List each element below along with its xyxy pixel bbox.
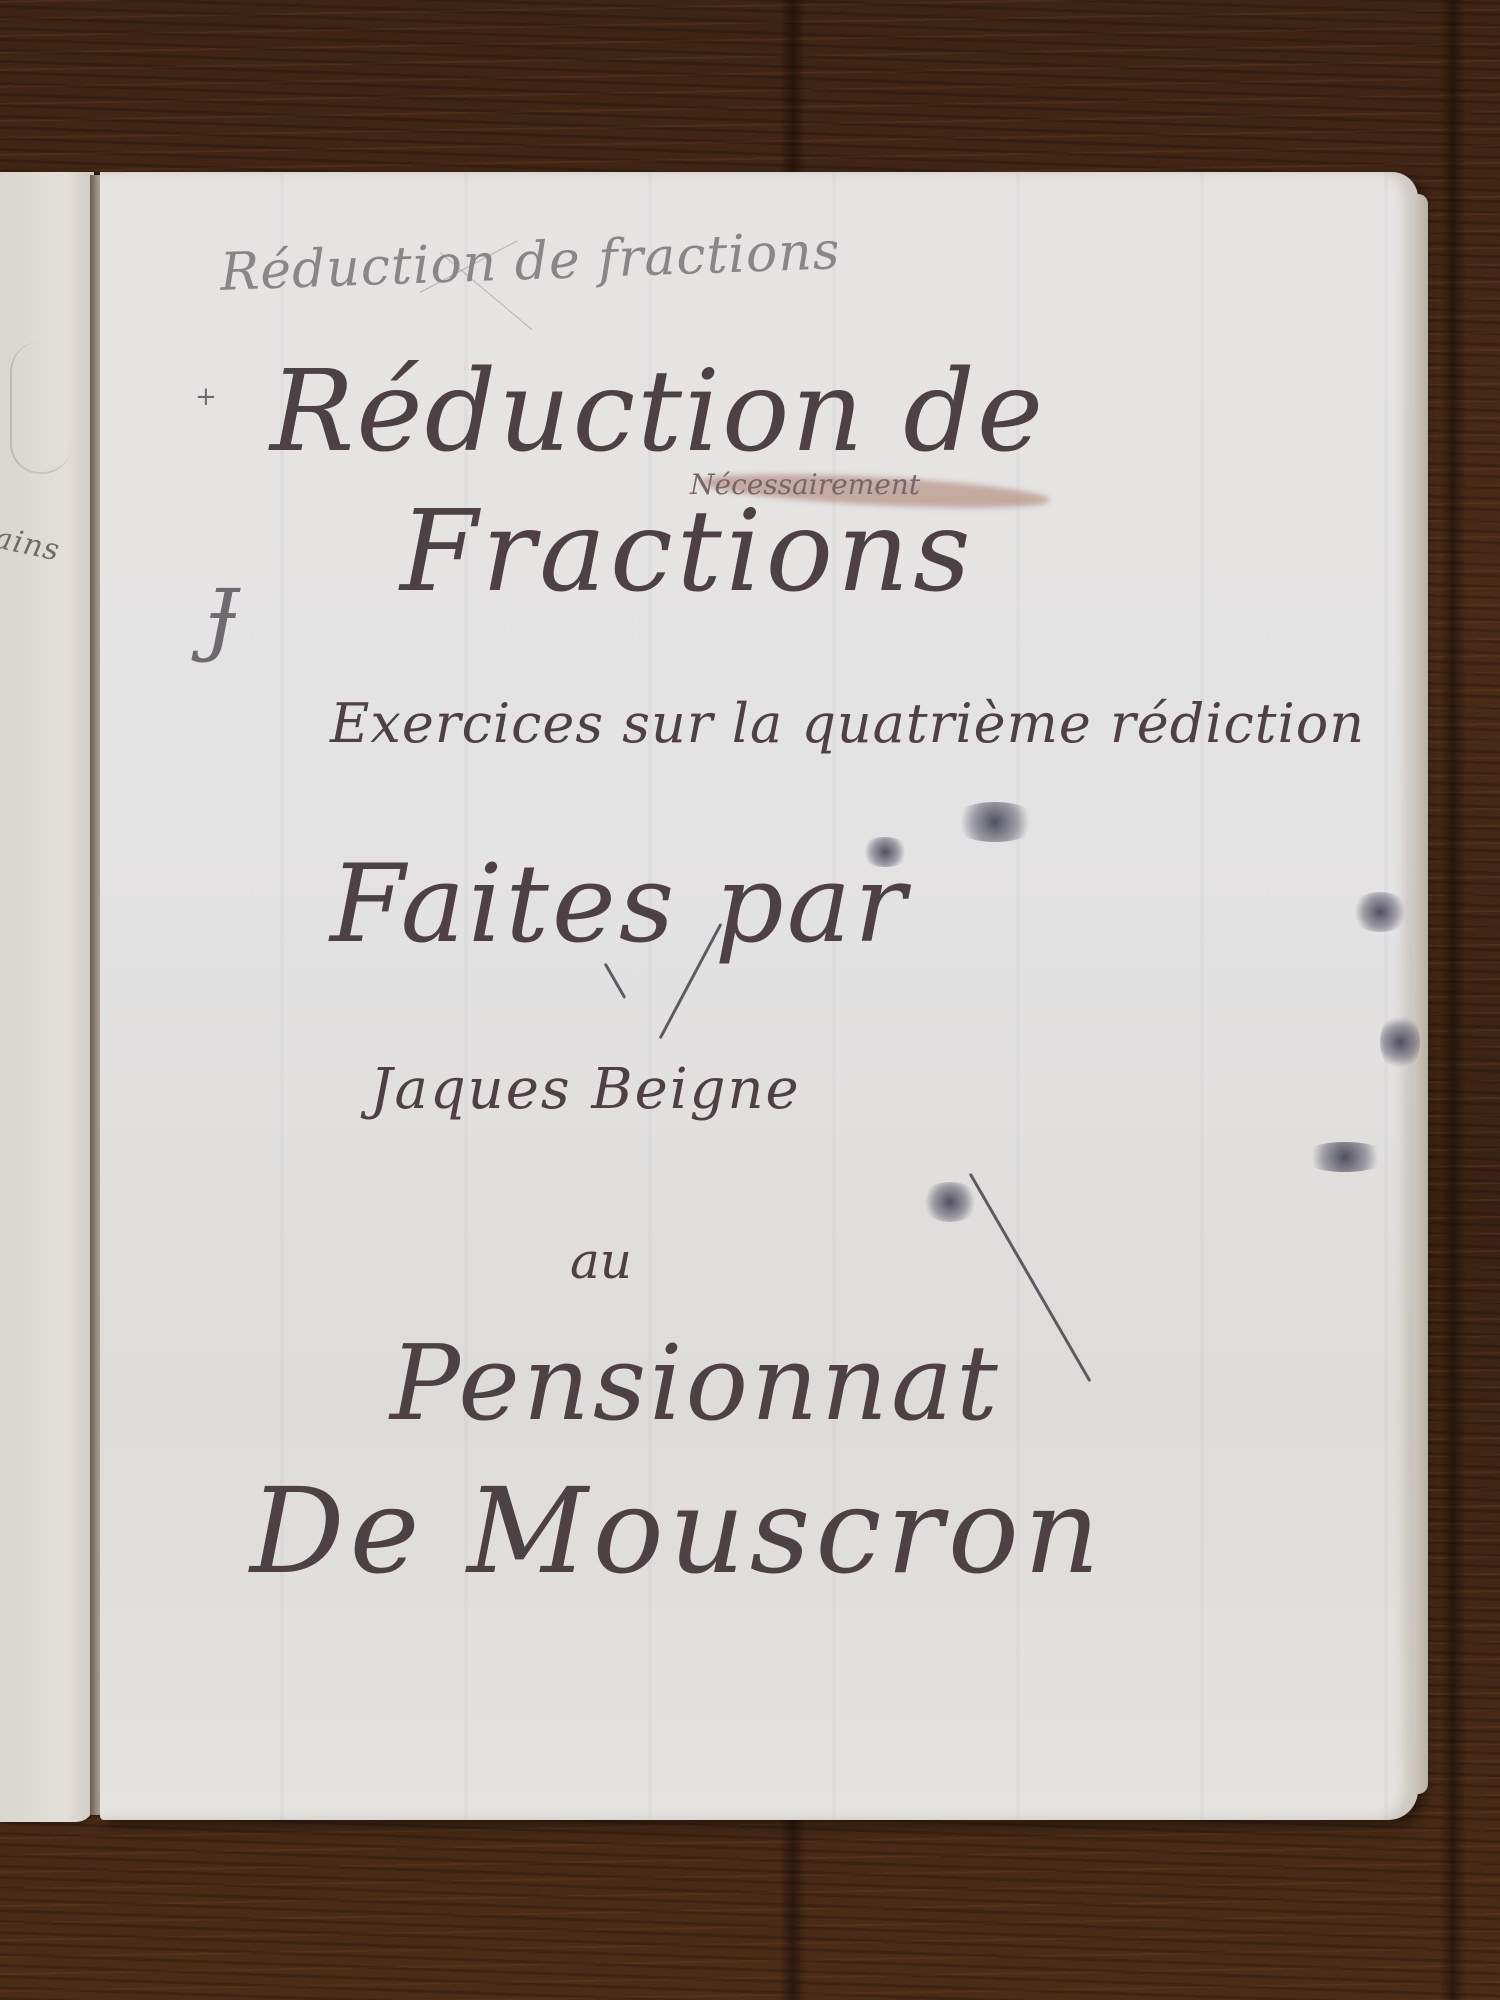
margin-flourish-mark: Ɉ: [205, 572, 237, 665]
institution-line-1: Pensionnat: [390, 1322, 1001, 1444]
ink-blot: [1380, 1012, 1420, 1072]
title-line-2: Fractions: [400, 487, 975, 617]
ink-blot: [920, 1182, 980, 1222]
exercises-line: Exercices sur la quatrième rédiction: [330, 692, 1365, 755]
made-by-line: Faites par: [330, 842, 909, 967]
institution-line-2: De Mouscron: [250, 1462, 1105, 1600]
left-page-partial-word: ains: [0, 521, 63, 569]
wood-seam: [1440, 0, 1466, 2000]
at-line: au: [570, 1232, 632, 1290]
notebook-page: + Ɉ Réduction de fractions Réduction de …: [100, 172, 1418, 1820]
facing-left-page: ains: [0, 172, 94, 1822]
ink-cross-mark: [604, 963, 627, 999]
pencil-heading: Réduction de fractions: [219, 221, 841, 303]
title-line-1: Réduction de: [270, 347, 1045, 477]
ink-blot: [860, 837, 910, 867]
ink-blot: [1300, 1142, 1390, 1172]
ink-blot: [950, 802, 1040, 842]
student-name: Jaques Beigne: [370, 1057, 801, 1122]
margin-plus-mark: +: [195, 382, 217, 412]
page-edge-stack: [1414, 194, 1428, 1794]
faint-pencil-marks: [10, 342, 72, 474]
ink-blot: [1350, 892, 1410, 932]
